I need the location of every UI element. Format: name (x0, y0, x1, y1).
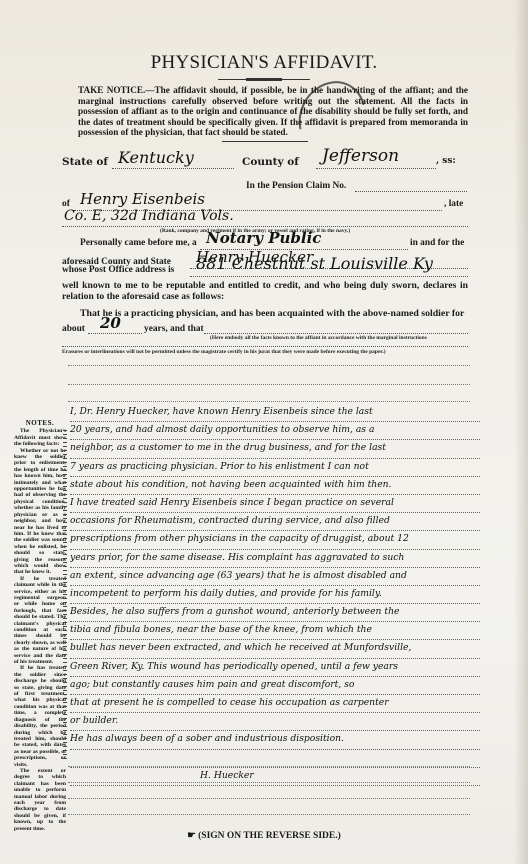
statement-line[interactable]: years prior, for the same disease. His c… (70, 550, 480, 568)
official-title[interactable]: Notary Public (206, 229, 321, 247)
statement-line[interactable]: bullet has never been extracted, and whi… (70, 640, 480, 658)
that-line (204, 333, 468, 334)
state-value[interactable]: Kentucky (118, 148, 194, 167)
ornament-rule-bottom (222, 141, 308, 142)
take-notice-paragraph: TAKE NOTICE.—The affidavit should, if po… (62, 85, 468, 138)
marginal-notes: NOTES. The Physician's Affidavit must sh… (14, 420, 66, 832)
statement-line[interactable]: ago; but constantly causes him pain and … (70, 677, 480, 695)
signature-line[interactable]: H. Huecker (70, 768, 480, 786)
blank-line-8[interactable] (68, 814, 470, 815)
statement-line[interactable]: I have treated said Henry Eisenbeis sinc… (70, 495, 480, 513)
statement-line[interactable]: neighbor, as a customer to me in the dru… (70, 440, 480, 458)
notes-paragraph: Whether or not he knew the soldier prior… (14, 448, 66, 576)
years-value[interactable]: 20 (100, 314, 121, 332)
unit-value[interactable]: Co. E, 32d Indiana Vols. (64, 208, 234, 224)
notes-heading: NOTES. (14, 420, 66, 426)
blank-line-2[interactable] (68, 365, 470, 366)
take-notice-text: TAKE NOTICE.—The affidavit should, if po… (62, 85, 468, 138)
handwritten-statement: I, Dr. Henry Huecker, have known Henry E… (70, 404, 480, 786)
statement-line[interactable]: or builder. (70, 713, 480, 731)
erasures-caption: Erasures or interlineations will not be … (62, 349, 386, 355)
statement-line[interactable]: He has always been of a sober and indust… (70, 731, 480, 749)
po-label: whose Post Office address is (62, 265, 174, 275)
claim-label: In the Pension Claim No. (246, 181, 346, 191)
blank-line-1 (62, 346, 468, 347)
well-known-paragraph: well known to me to be reputable and ent… (62, 280, 468, 302)
ss-label: , ss: (436, 156, 456, 166)
practicing-statement: That he is a practicing physician, and h… (80, 308, 464, 319)
sign-reverse-side-instruction: ☛ (SIGN ON THE REVERSE SIDE.) (0, 830, 528, 841)
blank-line-7[interactable] (68, 798, 470, 799)
county-value[interactable]: Jefferson (322, 146, 399, 166)
about-label: about (62, 324, 85, 334)
statement-line[interactable]: I, Dr. Henry Huecker, have known Henry E… (70, 404, 480, 422)
statement-line[interactable]: incompetent to perform his daily duties,… (70, 586, 480, 604)
ornament-rule-top-center (246, 78, 282, 81)
claim-number-field[interactable] (355, 191, 467, 192)
statement-line[interactable]: an extent, since advancing age (63 years… (70, 568, 480, 586)
unit-line (62, 226, 468, 227)
county-field-line (316, 168, 436, 169)
statement-line[interactable]: 20 years, and had almost daily opportuni… (70, 422, 480, 440)
statement-line[interactable]: state about his condition, not having be… (70, 477, 480, 495)
county-label: County of (242, 156, 299, 168)
came-before-label: Personally came before me, a (80, 238, 197, 248)
embody-caption: (Here embody all the facts known to the … (210, 335, 427, 341)
statement-line[interactable]: tibia and fibula bones, near the base of… (70, 622, 480, 640)
in-and-for-label: in and for the (410, 238, 464, 248)
document-title: PHYSICIAN'S AFFIDAVIT. (0, 52, 528, 74)
statement-line[interactable]: prescriptions from other physicians in t… (70, 531, 480, 549)
soldier-name[interactable]: Henry Eisenbeis (80, 190, 205, 208)
blank-line-3[interactable] (68, 384, 470, 385)
late-label: , late (444, 199, 463, 209)
blank-line-5[interactable] (68, 766, 470, 767)
blank-line-4[interactable] (68, 401, 470, 402)
statement-line[interactable]: Green River, Ky. This wound has periodic… (70, 659, 480, 677)
statement-line[interactable]: 7 years as practicing physician. Prior t… (70, 459, 480, 477)
county-row: County of (242, 156, 299, 168)
state-label: State of (62, 156, 108, 168)
statement-line[interactable]: that at present he is compelled to cease… (70, 695, 480, 713)
po-address[interactable]: 881 Chestnut st Louisville Ky (196, 254, 433, 273)
statement-line[interactable]: occasions for Rheumatism, contracted dur… (70, 513, 480, 531)
blank-line-6[interactable] (68, 782, 470, 783)
notes-paragraph: The extent or degree to which claimant h… (14, 768, 66, 832)
state-row: State of (62, 156, 108, 168)
state-field-line (112, 168, 234, 169)
affidavit-page: PHYSICIAN'S AFFIDAVIT. TAKE NOTICE.—The … (0, 0, 528, 864)
statement-line[interactable]: Besides, he also suffers from a gunshot … (70, 604, 480, 622)
po-address-line (190, 276, 468, 277)
notes-paragraph: If he treated claimant while in the serv… (14, 576, 66, 666)
notes-paragraph: The Physician's Affidavit must show the … (14, 428, 66, 447)
years-line (88, 333, 142, 334)
notes-paragraph: If he has treated the soldier since disc… (14, 665, 66, 768)
margin-tick-marks (63, 430, 67, 760)
years-label: years, and that (144, 324, 204, 334)
page-edge-shadow (514, 0, 528, 864)
